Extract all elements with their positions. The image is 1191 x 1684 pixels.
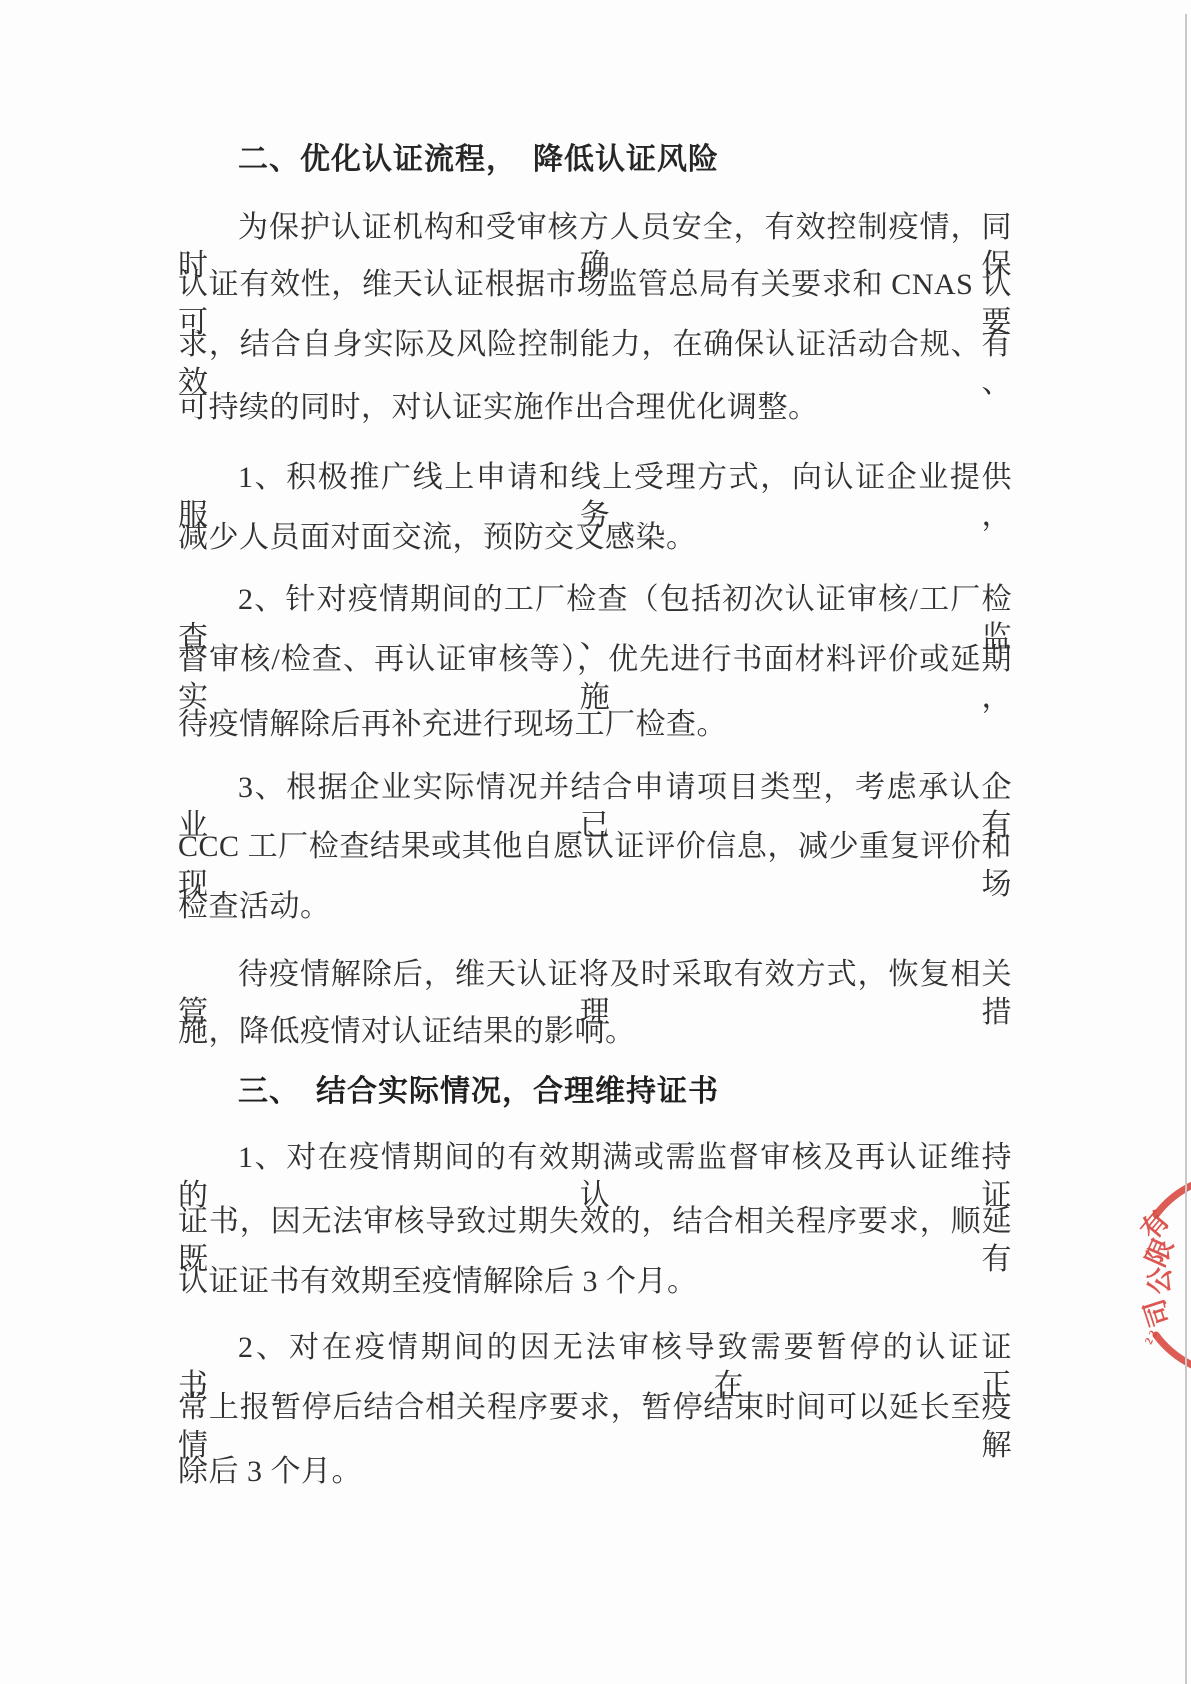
seal-text: 有 限 公 司 2 2 [1135, 1205, 1179, 1346]
seal-character: 司 [1139, 1295, 1176, 1330]
section-heading-3: 三、 结合实际情况，合理维持证书 [178, 1073, 1012, 1111]
seal-character: 公 [1145, 1267, 1176, 1295]
seal-small-numbers: 2 2 [1143, 1328, 1160, 1346]
company-seal-stamp: 有 限 公 司 2 2 [1100, 1150, 1191, 1430]
text-line: 除后 3 个月。 [178, 1453, 1012, 1491]
text-line: 可持续的同时，对认证实施作出合理优化调整。 [178, 389, 1012, 427]
text-line: 减少人员面对面交流，预防交叉感染。 [178, 519, 1012, 557]
scan-edge-line [1185, 14, 1187, 1684]
section-heading-2: 二、优化认证流程， 降低认证风险 [178, 141, 1012, 179]
seal-character: 限 [1141, 1234, 1179, 1271]
text-line: 检查活动。 [178, 888, 1012, 926]
scanned-document-page: 二、优化认证流程， 降低认证风险 为保护认证机构和受审核方人员安全，有效控制疫情… [0, 0, 1191, 1684]
text-line: 施，降低疫情对认证结果的影响。 [178, 1013, 1012, 1051]
text-line: 待疫情解除后再补充进行现场工厂检查。 [178, 706, 1012, 744]
text-line: 认证证书有效期至疫情解除后 3 个月。 [178, 1263, 1012, 1301]
